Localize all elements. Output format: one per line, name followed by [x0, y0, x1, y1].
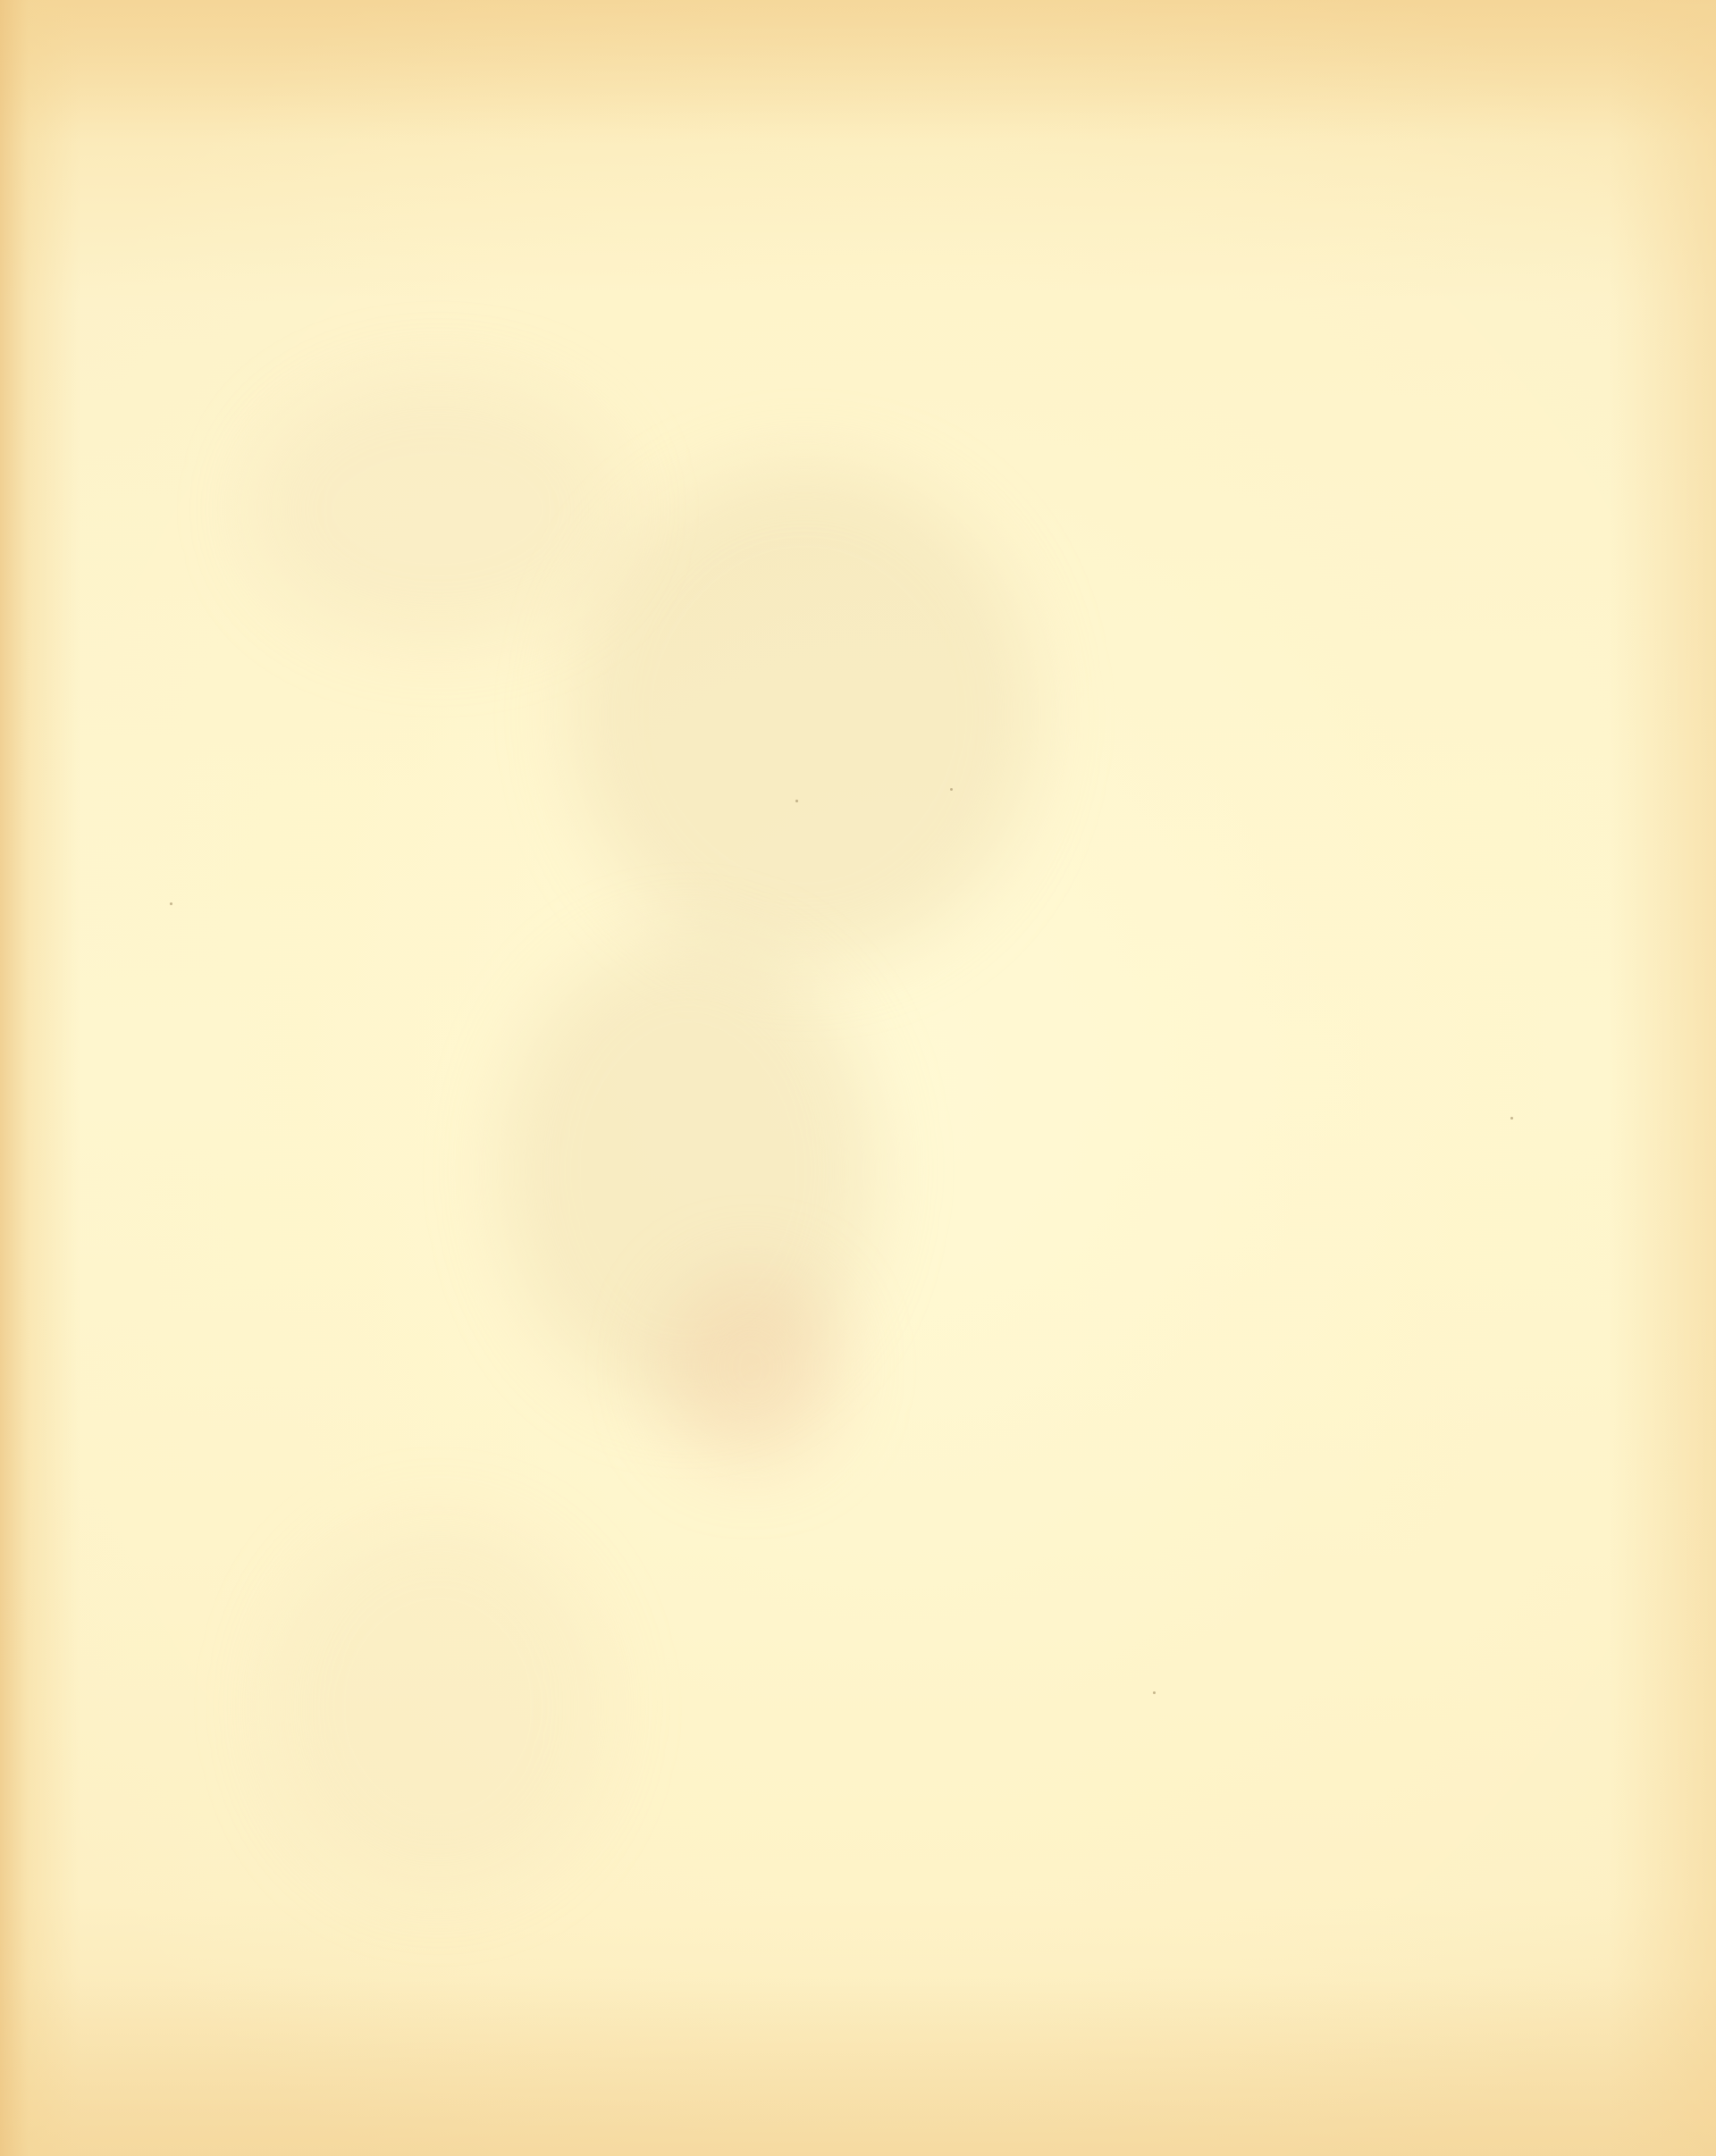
show-through-stain [250, 375, 626, 643]
paper-speck [950, 788, 953, 791]
page-edge-right [1609, 0, 1716, 2156]
page-edge-top [0, 0, 1716, 143]
show-through-stain [572, 465, 1037, 965]
paper-speck [1510, 1117, 1513, 1120]
page-edge-spine [0, 0, 80, 2156]
paper-speck [170, 902, 172, 905]
paper-speck [1153, 1691, 1156, 1694]
page-edge-bottom [0, 1977, 1716, 2156]
show-through-stain [661, 1269, 840, 1465]
show-through-stain [268, 1519, 608, 1894]
blank-paper-page [0, 0, 1716, 2156]
paper-speck [795, 800, 798, 802]
